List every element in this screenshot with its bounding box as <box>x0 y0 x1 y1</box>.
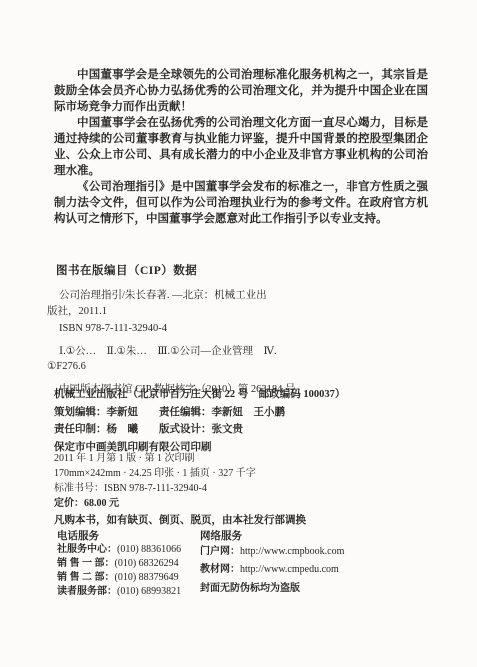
standard-isbn-line: 标准书号：ISBN 978-7-111-32940-4 <box>54 481 444 496</box>
phone-label: 读者服务部： <box>57 586 117 597</box>
editors-line-2: 责任印制：杨 曦 版式设计：张文贵 <box>54 421 444 439</box>
web-url: http://www.cmpbook.com <box>240 546 344 557</box>
web-row: 教材网：http://www.cmpedu.com <box>200 563 344 577</box>
web-url: http://www.cmpedu.com <box>240 564 339 575</box>
cip-title-line: 公司治理指引/朱长春著. —北京：机械工业出 <box>47 288 387 304</box>
phone-number: (010) 88361066 <box>117 544 181 555</box>
cip-header: 图书在版编目（CIP）数据 <box>56 262 197 278</box>
phone-label: 销 售 二 部： <box>57 572 115 583</box>
anti-piracy-warning: 封面无防伪标均为盗版 <box>200 582 344 596</box>
format-line: 170mm×242mm · 24.25 印张 · 1 插页 · 327 千字 <box>54 466 444 481</box>
publisher-address-line: 机械工业出版社（北京市百万庄大街 22 号 邮政编码 100037） <box>54 386 444 404</box>
cip-classification-cont: ①F276.6 <box>47 359 387 375</box>
phone-list: 社服务中心：(010) 88361066 销 售 一 部：(010) 68326… <box>57 543 181 599</box>
cip-isbn: ISBN 978-7-111-32940-4 <box>47 321 387 337</box>
phone-row: 社服务中心：(010) 88361066 <box>57 543 181 557</box>
copyright-page: 中国董事学会是全球领先的公司治理标准化服务机构之一，其宗旨是鼓励全体会员齐心协力… <box>0 0 477 667</box>
phone-row: 销 售 一 部：(010) 68326294 <box>57 557 181 571</box>
imprint-edition-block: 2011 年 1 月第 1 版 · 第 1 次印刷 170mm×242mm · … <box>54 451 444 511</box>
phone-label: 社服务中心： <box>57 544 117 555</box>
cip-title-line-cont: 版社，2011.1 <box>47 304 387 320</box>
phone-number: (010) 68326294 <box>115 558 179 569</box>
imprint-publisher-block: 机械工业出版社（北京市百万庄大街 22 号 邮政编码 100037） 策划编辑：… <box>54 386 444 456</box>
phone-label: 销 售 一 部： <box>57 558 115 569</box>
web-service-header: 网络服务 <box>200 528 242 543</box>
web-row: 门户网：http://www.cmpbook.com <box>200 545 344 559</box>
intro-paragraphs: 中国董事学会是全球领先的公司治理标准化服务机构之一，其宗旨是鼓励全体会员齐心协力… <box>54 67 428 227</box>
intro-paragraph-2: 中国董事学会在弘扬优秀的公司治理文化方面一直尽心竭力，目标是通过持续的公司董事教… <box>54 115 428 179</box>
phone-row: 销 售 二 部：(010) 88379649 <box>57 571 181 585</box>
service-headers: 电话服务 网络服务 <box>57 528 417 543</box>
price-line: 定价：68.00 元 <box>54 496 444 511</box>
phone-number: (010) 88379649 <box>115 572 179 583</box>
web-label: 门户网： <box>200 546 240 557</box>
editors-line-1: 策划编辑：李新妞 责任编辑：李新妞 王小鹏 <box>54 404 444 422</box>
intro-paragraph-3: 《公司治理指引》是中国董事学会发布的标准之一，非官方性质之强制力法令文件，但可以… <box>54 179 428 227</box>
cip-classification: Ⅰ.①公… Ⅱ.①朱… Ⅲ.①公司—企业管理 Ⅳ. <box>47 344 387 360</box>
cip-data-block: 公司治理指引/朱长春著. —北京：机械工业出 版社，2011.1 ISBN 97… <box>47 288 387 397</box>
phone-service-header: 电话服务 <box>57 531 99 542</box>
replacement-notice: 凡购本书，如有缺页、倒页、脱页，由本社发行部调换 <box>54 512 306 527</box>
intro-paragraph-1: 中国董事学会是全球领先的公司治理标准化服务机构之一，其宗旨是鼓励全体会员齐心协力… <box>54 67 428 115</box>
web-service-list: 门户网：http://www.cmpbook.com 教材网：http://ww… <box>200 545 344 596</box>
web-label: 教材网： <box>200 564 240 575</box>
phone-number: (010) 68993821 <box>117 586 181 597</box>
phone-row: 读者服务部：(010) 68993821 <box>57 585 181 599</box>
edition-line: 2011 年 1 月第 1 版 · 第 1 次印刷 <box>54 451 444 466</box>
